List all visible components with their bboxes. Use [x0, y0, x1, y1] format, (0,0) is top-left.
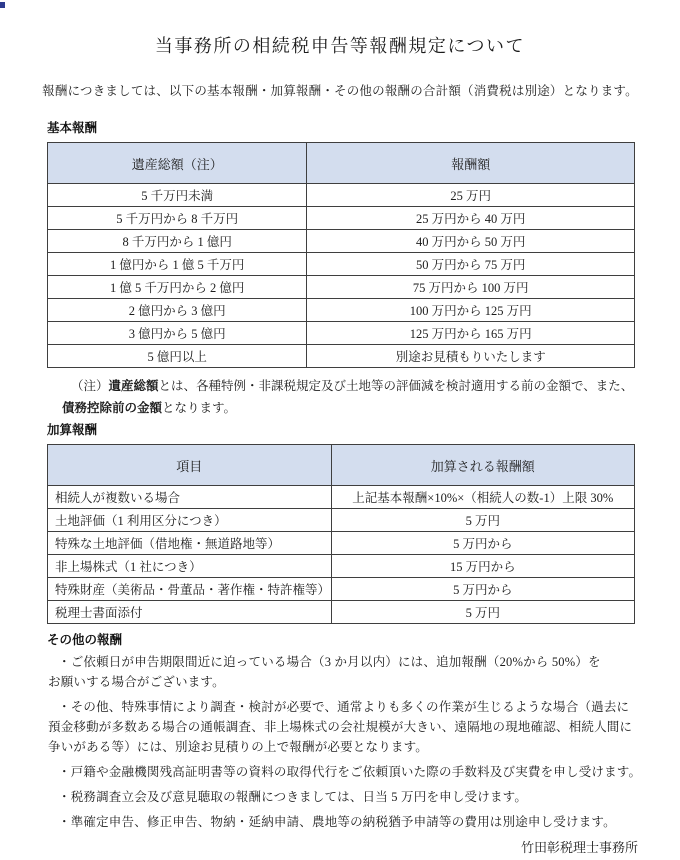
- other-fee-line: ・戸籍や金融機関残高証明書等の資料の取得代行をご依頼頂いた際の手数料及び実費を申…: [58, 765, 641, 779]
- table-cell: 5 万円から: [331, 578, 634, 601]
- table-cell: 上記基本報酬×10%×（相続人の数-1）上限 30%: [331, 486, 634, 509]
- other-fee-item: ・ご依頼日が申告期限間近に迫っている場合（3 か月以内）には、追加報酬（20%か…: [48, 652, 650, 692]
- table-cell: 特殊財産（美術品・骨董品・著作権・特許権等）: [48, 578, 332, 601]
- column-header: 遺産総額（注）: [48, 143, 307, 184]
- table-cell: 125 万円から 165 万円: [307, 322, 635, 345]
- note-emphasis: 遺産総額: [109, 379, 159, 393]
- column-header: 報酬額: [307, 143, 635, 184]
- table-cell: 税理士書面添付: [48, 601, 332, 624]
- table-cell: 50 万円から 75 万円: [307, 253, 635, 276]
- table-cell: 別途お見積もりいたします: [307, 345, 635, 368]
- other-fee-list: ・ご依頼日が申告期限間近に迫っている場合（3 か月以内）には、追加報酬（20%か…: [48, 652, 650, 832]
- basic-fee-note: （注）遺産総額とは、各種特例・非課税規定及び土地等の評価減を検討適用する前の金額…: [62, 375, 640, 419]
- table-header-row: 項目加算される報酬額: [48, 445, 635, 486]
- basic-fee-table: 遺産総額（注）報酬額 5 千万円未満25 万円5 千万円から 8 千万円25 万…: [47, 142, 635, 368]
- table-row: 5 億円以上別途お見積もりいたします: [48, 345, 635, 368]
- table-cell: 3 億円から 5 億円: [48, 322, 307, 345]
- other-fee-line: ・その他、特殊事情により調査・検討が必要で、通常よりも多くの作業が生じるような場…: [58, 700, 629, 714]
- other-fee-line: 預金移動が多数ある場合の通帳調査、非上場株式の会社規模が大きい、遠隔地の現地確認…: [48, 720, 632, 734]
- other-fee-item: ・税務調査立会及び意見聴取の報酬につきましては、日当 5 万円を申し受けます。: [48, 787, 650, 807]
- table-cell: 5 万円から: [331, 532, 634, 555]
- table-row: 5 千万円未満25 万円: [48, 184, 635, 207]
- other-fee-line: ・ご依頼日が申告期限間近に迫っている場合（3 か月以内）には、追加報酬（20%か…: [58, 655, 601, 669]
- table-cell: 5 万円: [331, 601, 634, 624]
- office-name: 竹田彰税理士事務所: [0, 837, 638, 856]
- other-fee-line: 争いがある等）には、別途お見積りの上で報酬が必要となります。: [48, 740, 428, 754]
- note-text: とは、各種特例・非課税規定及び土地等の評価減を検討適用する前の金額で、また、: [159, 379, 634, 393]
- other-fee-item: ・その他、特殊事情により調査・検討が必要で、通常よりも多くの作業が生じるような場…: [48, 697, 650, 757]
- document-page: 当事務所の相続税申告等報酬規定について 報酬につきましては、以下の基本報酬・加算…: [0, 0, 680, 860]
- table-row: 税理士書面添付5 万円: [48, 601, 635, 624]
- table-cell: 特殊な土地評価（借地権・無道路地等）: [48, 532, 332, 555]
- stray-dot-artifact: [0, 2, 5, 8]
- other-fee-line: ・税務調査立会及び意見聴取の報酬につきましては、日当 5 万円を申し受けます。: [58, 790, 527, 804]
- table-row: 8 千万円から 1 億円40 万円から 50 万円: [48, 230, 635, 253]
- note-line1: （注）遺産総額とは、各種特例・非課税規定及び土地等の評価減を検討適用する前の金額…: [71, 379, 633, 393]
- table-row: 土地評価（1 利用区分につき）5 万円: [48, 509, 635, 532]
- table-row: 相続人が複数いる場合上記基本報酬×10%×（相続人の数-1）上限 30%: [48, 486, 635, 509]
- table-row: 2 億円から 3 億円100 万円から 125 万円: [48, 299, 635, 322]
- table-cell: 8 千万円から 1 億円: [48, 230, 307, 253]
- additional-fee-table: 項目加算される報酬額 相続人が複数いる場合上記基本報酬×10%×（相続人の数-1…: [47, 444, 635, 624]
- note-emphasis: 債務控除前の金額: [62, 401, 162, 415]
- table-cell: 5 千万円未満: [48, 184, 307, 207]
- table-header-row: 遺産総額（注）報酬額: [48, 143, 635, 184]
- section-additional-fee-label: 加算報酬: [47, 420, 680, 438]
- note-text: （注）: [71, 379, 109, 393]
- table-cell: 15 万円から: [331, 555, 634, 578]
- table-row: 1 億 5 千万円から 2 億円75 万円から 100 万円: [48, 276, 635, 299]
- other-fee-item: ・準確定申告、修正申告、物納・延納申請、農地等の納税猶予申請等の費用は別途申し受…: [48, 812, 650, 832]
- section-basic-fee-label: 基本報酬: [47, 118, 680, 136]
- table-cell: 25 万円: [307, 184, 635, 207]
- other-fee-item: ・戸籍や金融機関残高証明書等の資料の取得代行をご依頼頂いた際の手数料及び実費を申…: [48, 762, 650, 782]
- note-text: となります。: [162, 401, 236, 415]
- table-cell: 2 億円から 3 億円: [48, 299, 307, 322]
- table-cell: 5 千万円から 8 千万円: [48, 207, 307, 230]
- table-row: 5 千万円から 8 千万円25 万円から 40 万円: [48, 207, 635, 230]
- section-other-fee-label: その他の報酬: [47, 630, 680, 648]
- table-cell: 5 億円以上: [48, 345, 307, 368]
- table-cell: 1 億円から 1 億 5 千万円: [48, 253, 307, 276]
- table-cell: 土地評価（1 利用区分につき）: [48, 509, 332, 532]
- other-fee-line: ・準確定申告、修正申告、物納・延納申請、農地等の納税猶予申請等の費用は別途申し受…: [58, 815, 616, 829]
- table-row: 非上場株式（1 社につき）15 万円から: [48, 555, 635, 578]
- column-header: 項目: [48, 445, 332, 486]
- column-header: 加算される報酬額: [331, 445, 634, 486]
- table-cell: 1 億 5 千万円から 2 億円: [48, 276, 307, 299]
- other-fee-line: お願いする場合がございます。: [48, 675, 225, 689]
- table-row: 特殊財産（美術品・骨董品・著作権・特許権等）5 万円から: [48, 578, 635, 601]
- table-cell: 75 万円から 100 万円: [307, 276, 635, 299]
- table-cell: 相続人が複数いる場合: [48, 486, 332, 509]
- page-title: 当事務所の相続税申告等報酬規定について: [0, 0, 680, 58]
- table-cell: 5 万円: [331, 509, 634, 532]
- note-line2: 債務控除前の金額となります。: [62, 401, 236, 415]
- table-row: 1 億円から 1 億 5 千万円50 万円から 75 万円: [48, 253, 635, 276]
- intro-text: 報酬につきましては、以下の基本報酬・加算報酬・その他の報酬の合計額（消費税は別途…: [0, 81, 680, 99]
- table-cell: 100 万円から 125 万円: [307, 299, 635, 322]
- table-row: 特殊な土地評価（借地権・無道路地等）5 万円から: [48, 532, 635, 555]
- table-cell: 非上場株式（1 社につき）: [48, 555, 332, 578]
- table-cell: 40 万円から 50 万円: [307, 230, 635, 253]
- table-cell: 25 万円から 40 万円: [307, 207, 635, 230]
- table-row: 3 億円から 5 億円125 万円から 165 万円: [48, 322, 635, 345]
